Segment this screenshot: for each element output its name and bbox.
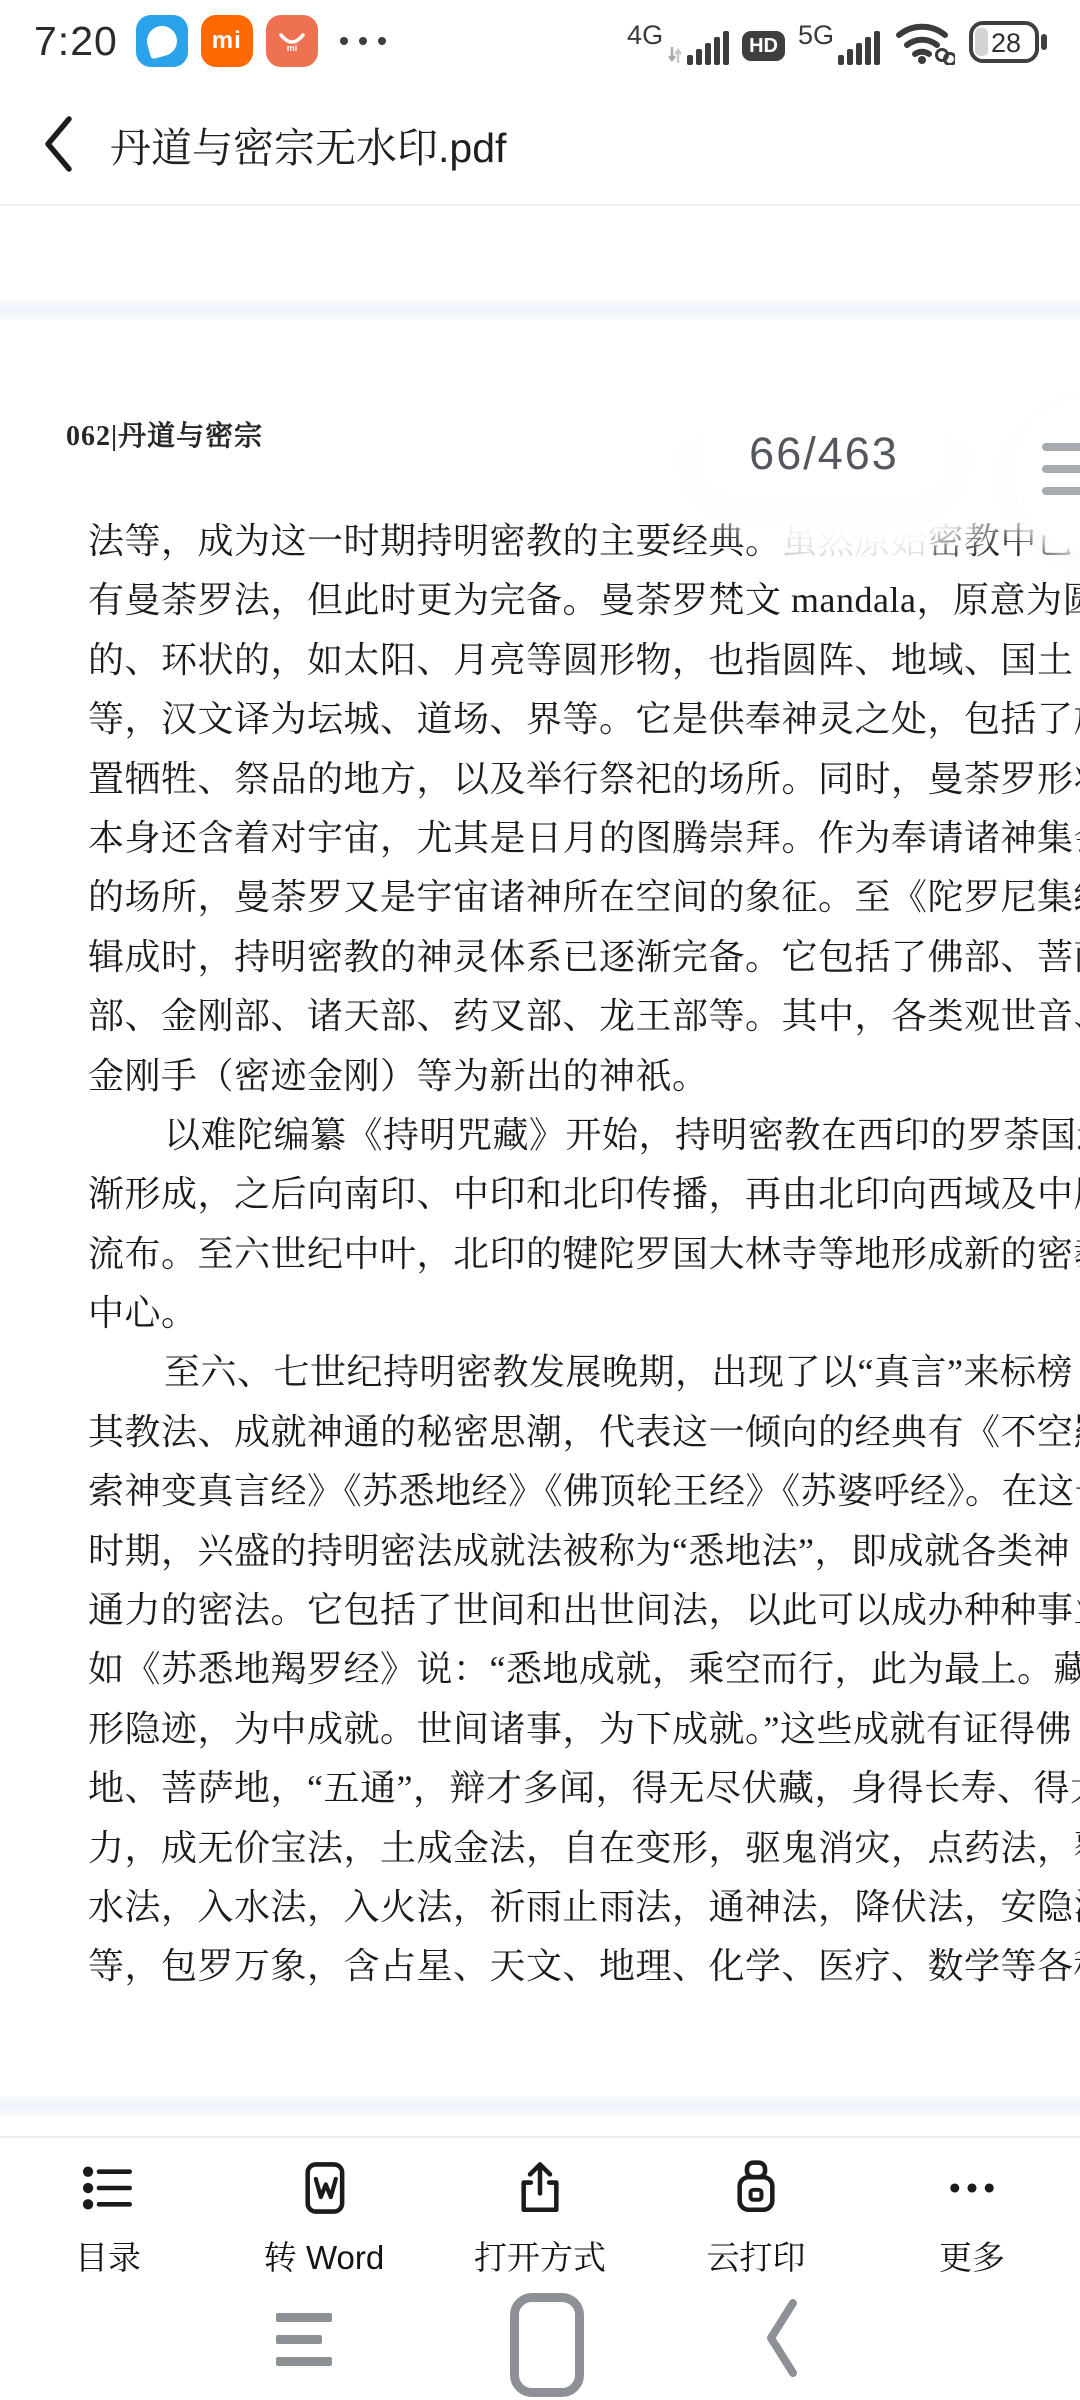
pdf-text-line: 辑成时，持明密教的神灵体系已逐渐完备。它包括了佛部、菩萨 bbox=[88, 928, 1040, 987]
pdf-text-line: 金刚手（密迹金刚）等为新出的神祇。 bbox=[88, 1047, 1040, 1106]
title-divider bbox=[0, 204, 1080, 206]
pdf-text-lines: 法等，成为这一时期持明密教的主要经典。虽然原始密教中已有曼荼罗法，但此时更为完备… bbox=[88, 512, 1040, 1997]
pdf-text-line: 地、菩萨地，“五通”，辩才多闻，得无尽伏藏，身得长寿、得大 bbox=[88, 1759, 1040, 1818]
nav-back-icon[interactable] bbox=[762, 2295, 800, 2381]
bottom-toolbar: 目录 转 Word 打开方式 云打印 更多 bbox=[0, 2136, 1080, 2286]
pdf-text-line: 索神变真言经》《苏悉地经》《佛顶轮王经》《苏婆呼经》。在这一 bbox=[88, 1462, 1040, 1521]
mi-app-icon: mi bbox=[201, 15, 253, 67]
pdf-text-line: 置牺牲、祭品的地方，以及举行祭祀的场所。同时，曼荼罗形状 bbox=[88, 750, 1040, 809]
pdf-text-line: 渐形成，之后向南印、中印和北印传播，再由北印向西域及中原 bbox=[88, 1165, 1040, 1224]
pdf-text-line: 时期，兴盛的持明密法成就法被称为“悉地法”，即成就各类神 bbox=[88, 1522, 1040, 1581]
page-indicator-pill[interactable]: 66/463 bbox=[700, 412, 948, 496]
cloud-print-icon bbox=[725, 2156, 787, 2220]
page-bottom-edge bbox=[0, 2096, 1080, 2116]
pdf-text-line: 水法，入水法，入火法，祈雨止雨法，通神法，降伏法，安隐法 bbox=[88, 1878, 1040, 1937]
system-nav-bar bbox=[0, 2285, 1080, 2400]
document-title-bar: 丹道与密宗无水印.pdf bbox=[0, 92, 1080, 196]
pdf-reader-screen: 7:20 mi mi 4G HD 5G bbox=[0, 0, 1080, 2400]
convert-to-word-button[interactable]: 转 Word bbox=[216, 2138, 432, 2286]
pdf-text-line: 流布。至六世纪中叶，北印的犍陀罗国大林寺等地形成新的密教 bbox=[88, 1225, 1040, 1284]
toc-icon bbox=[77, 2156, 139, 2220]
hd-voice-badge: HD bbox=[742, 31, 785, 61]
pdf-text-line: 力，成无价宝法，土成金法，自在变形，驱鬼消灾，点药法，覆 bbox=[88, 1819, 1040, 1878]
wifi-icon bbox=[893, 17, 955, 65]
pdf-text-line: 通力的密法。它包括了世间和出世间法，以此可以成办种种事业。 bbox=[88, 1581, 1040, 1640]
svg-text:mi: mi bbox=[287, 43, 298, 53]
open-with-icon bbox=[509, 2156, 571, 2220]
pdf-text-line: 等，包罗万象，含占星、天文、地理、化学、医疗、数学等各种 bbox=[88, 1937, 1040, 1996]
open-with-button[interactable]: 打开方式 bbox=[432, 2138, 648, 2286]
pdf-text-line: 有曼荼罗法，但此时更为完备。曼荼罗梵文 mandala，原意为圆 bbox=[88, 571, 1040, 630]
browser-app-icon bbox=[136, 15, 188, 67]
signal-bars-icon bbox=[838, 31, 880, 65]
signal-bars-icon bbox=[687, 31, 729, 65]
status-bar: 7:20 mi mi 4G HD 5G bbox=[0, 0, 1080, 76]
pdf-text-line: 法等，成为这一时期持明密教的主要经典。虽然原始密教中已 bbox=[88, 512, 1040, 571]
toc-button[interactable]: 目录 bbox=[0, 2138, 216, 2286]
more-notifications-icon bbox=[340, 37, 386, 45]
pdf-text-line: 形隐迹，为中成就。世间诸事，为下成就。”这些成就有证得佛 bbox=[88, 1700, 1040, 1759]
signal-4g: 4G bbox=[627, 31, 729, 65]
signal-5g: 5G bbox=[798, 31, 880, 65]
pdf-text-line: 等，汉文译为坛城、道场、界等。它是供奉神灵之处，包括了放 bbox=[88, 690, 1040, 749]
home-icon[interactable] bbox=[510, 2293, 584, 2397]
battery-icon: 28 bbox=[968, 19, 1050, 65]
pdf-text-line: 以难陀编纂《持明咒藏》开始，持明密教在西印的罗荼国逐 bbox=[88, 1106, 1040, 1165]
page-top-edge bbox=[0, 300, 1080, 320]
pdf-text-line: 至六、七世纪持明密教发展晚期，出现了以“真言”来标榜 bbox=[88, 1343, 1040, 1402]
pdf-text-line: 部、金刚部、诸天部、药叉部、龙王部等。其中，各类观世音、 bbox=[88, 987, 1040, 1046]
mi-store-app-icon: mi bbox=[266, 15, 318, 67]
more-icon bbox=[941, 2156, 1003, 2220]
cloud-print-button[interactable]: 云打印 bbox=[648, 2138, 864, 2286]
hamburger-menu-icon bbox=[1042, 443, 1080, 495]
status-indicators: 4G HD 5G 28 bbox=[627, 17, 1050, 65]
pdf-text-line: 如《苏悉地羯罗经》说：“悉地成就，乘空而行，此为最上。藏 bbox=[88, 1640, 1040, 1699]
pdf-text-line: 中心。 bbox=[88, 1284, 1040, 1343]
document-title: 丹道与密宗无水印.pdf bbox=[110, 115, 506, 174]
back-icon[interactable] bbox=[42, 115, 74, 173]
pdf-text-line: 的、环状的，如太阳、月亮等圆形物，也指圆阵、地域、国土 bbox=[88, 631, 1040, 690]
battery-percent-label: 28 bbox=[991, 28, 1021, 58]
notification-icons: mi mi bbox=[136, 15, 318, 67]
more-button[interactable]: 更多 bbox=[864, 2138, 1080, 2286]
pdf-text-line: 的场所，曼荼罗又是宇宙诸神所在空间的象征。至《陀罗尼集经》 bbox=[88, 868, 1040, 927]
pdf-text-line: 本身还含着对宇宙，尤其是日月的图腾崇拜。作为奉请诸神集会 bbox=[88, 809, 1040, 868]
pdf-running-header: 062|丹道与密宗 bbox=[66, 414, 263, 454]
data-arrows-icon bbox=[667, 45, 683, 65]
word-convert-icon bbox=[293, 2156, 355, 2220]
clock: 7:20 bbox=[34, 18, 118, 65]
recents-icon[interactable] bbox=[276, 2313, 332, 2366]
pdf-text-line: 其教法、成就神通的秘密思潮，代表这一倾向的经典有《不空羂 bbox=[88, 1403, 1040, 1462]
